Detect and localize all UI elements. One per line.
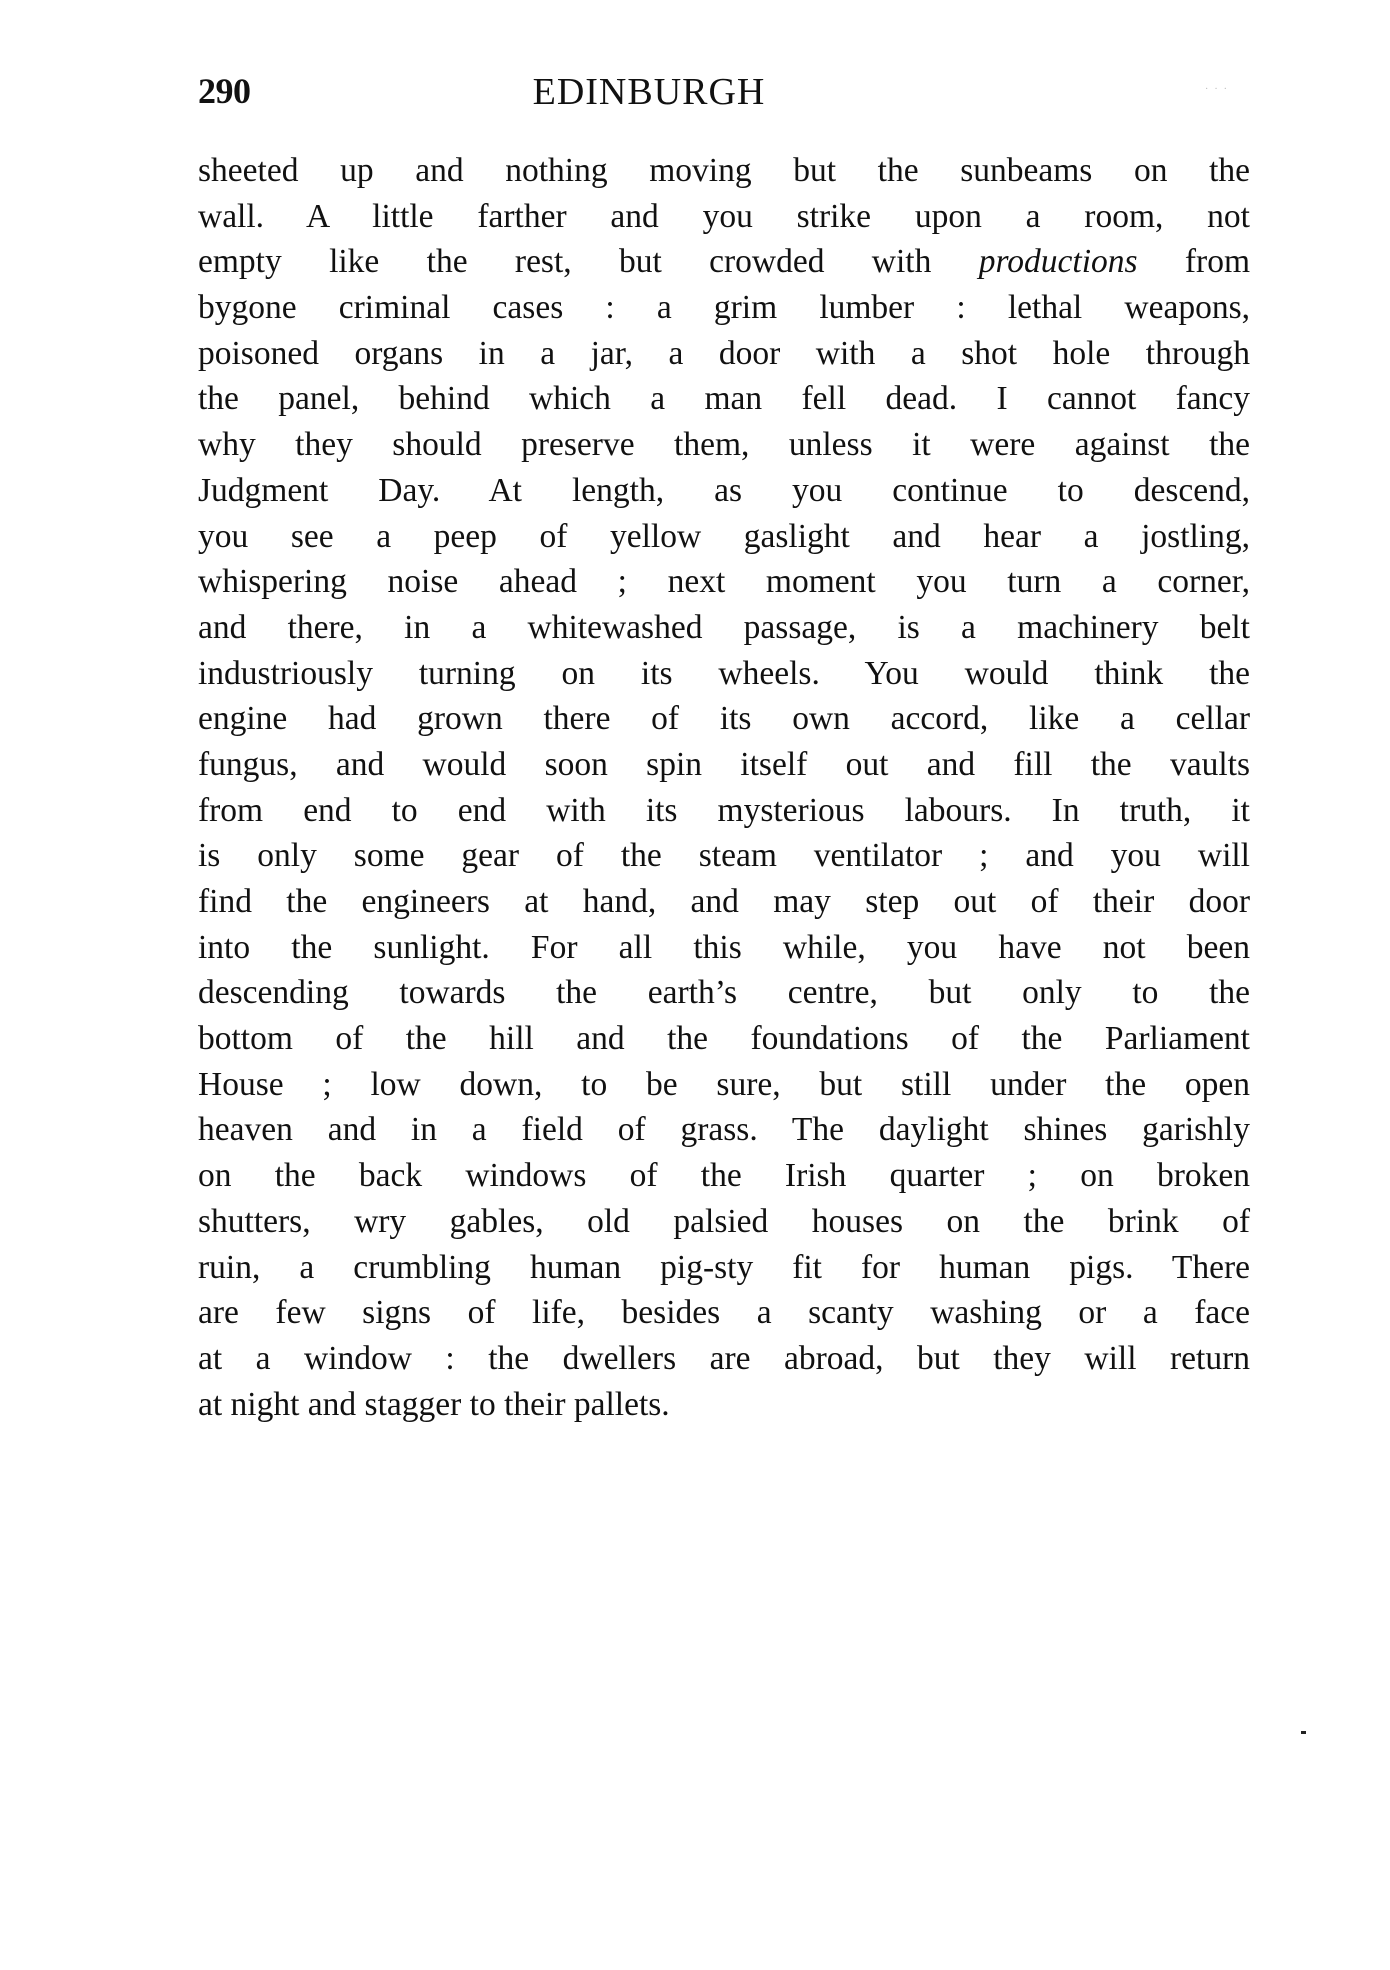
text-line: wall. A little farther and you strike up…: [198, 194, 1250, 240]
scan-mark: [1301, 1731, 1306, 1734]
text-line: poisoned organs in a jar, a door with a …: [198, 331, 1250, 377]
text-line: bygone criminal cases : a grim lumber : …: [198, 285, 1250, 331]
text-line: from end to end with its mysterious labo…: [198, 788, 1250, 834]
running-head: 290 EDINBURGH: [198, 70, 1250, 120]
italic-term: productions: [979, 243, 1138, 280]
text-segment: from: [1138, 243, 1250, 280]
text-line: descending towards the earth’s centre, b…: [198, 970, 1250, 1016]
text-line: ruin, a crumbling human pig-sty fit for …: [198, 1245, 1250, 1291]
text-line: and there, in a whitewashed passage, is …: [198, 605, 1250, 651]
body-text: sheeted up and nothing moving but the su…: [198, 148, 1250, 1427]
text-line: empty like the rest, but crowded with pr…: [198, 239, 1250, 285]
text-line: industriously turning on its wheels. You…: [198, 651, 1250, 697]
text-line: heaven and in a field of grass. The dayl…: [198, 1107, 1250, 1153]
text-line: on the back windows of the Irish quarter…: [198, 1153, 1250, 1199]
text-line: whispering noise ahead ; next moment you…: [198, 559, 1250, 605]
text-line-final: at night and stagger to their pallets.: [198, 1382, 1250, 1428]
text-line: House ; low down, to be sure, but still …: [198, 1062, 1250, 1108]
text-line: at a window : the dwellers are abroad, b…: [198, 1336, 1250, 1382]
scan-speckle: ···: [1205, 84, 1233, 95]
text-line: fungus, and would soon spin itself out a…: [198, 742, 1250, 788]
text-line: find the engineers at hand, and may step…: [198, 879, 1250, 925]
text-line: bottom of the hill and the foundations o…: [198, 1016, 1250, 1062]
text-line: shutters, wry gables, old palsied houses…: [198, 1199, 1250, 1245]
text-line: are few signs of life, besides a scanty …: [198, 1290, 1250, 1336]
text-line: into the sunlight. For all this while, y…: [198, 925, 1250, 971]
book-page: 290 EDINBURGH ··· sheeted up and nothing…: [0, 0, 1390, 1970]
text-line: Judgment Day. At length, as you continue…: [198, 468, 1250, 514]
text-line: is only some gear of the steam ventilato…: [198, 833, 1250, 879]
text-line: you see a peep of yellow gaslight and he…: [198, 514, 1250, 560]
text-line: the panel, behind which a man fell dead.…: [198, 376, 1250, 422]
running-title: EDINBURGH: [198, 70, 1250, 114]
text-line: sheeted up and nothing moving but the su…: [198, 148, 1250, 194]
text-segment: empty like the rest, but crowded with: [198, 243, 979, 280]
text-line: why they should preserve them, unless it…: [198, 422, 1250, 468]
text-line: engine had grown there of its own accord…: [198, 696, 1250, 742]
